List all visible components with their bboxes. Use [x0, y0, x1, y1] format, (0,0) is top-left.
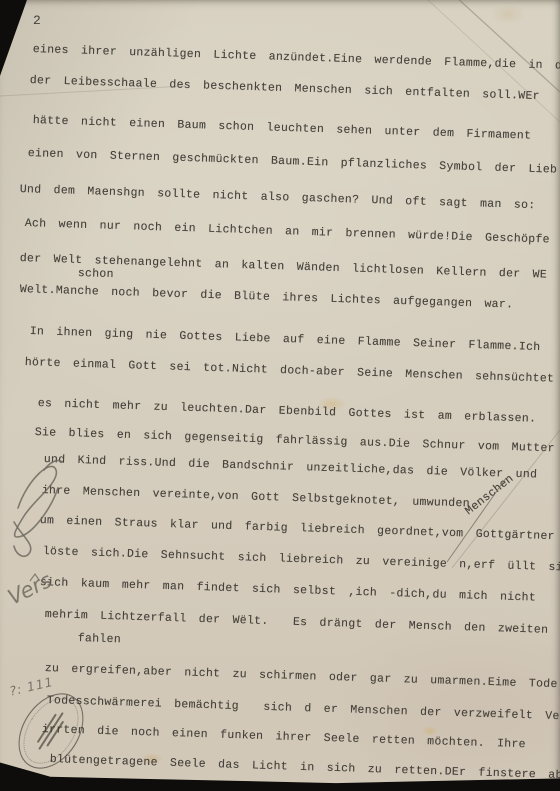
typed-line: Ach wenn nur noch ein Lichtchen an mir b… — [25, 217, 550, 246]
typed-line: um einen Straus klar und farbig liebreic… — [40, 514, 555, 543]
pencil-scribble-icon — [14, 460, 62, 556]
typed-line: hörte einmal Gott sei tot.Nicht doch-abe… — [25, 356, 555, 386]
typed-line: zu ergreifen,aber nicht zu schirmen oder… — [45, 662, 558, 691]
page-number: 2 — [33, 13, 41, 28]
typed-line: irrten die noch einen funken ihrer Seele… — [42, 723, 526, 751]
typewritten-page: 2 eines ihrer unzähligen Lichte anzündet… — [0, 0, 560, 791]
typed-line: es nicht mehr zu leuchten.Dar Ebenbild G… — [38, 397, 537, 426]
pencil-note-vers: Vers — [4, 568, 56, 610]
typed-line: Sie blies en sich gegenseitig fahrlässig… — [35, 426, 555, 455]
interline-insertion-schon: schon — [78, 267, 114, 281]
typed-line: und Kind riss.Und die Bandschnir unzeitl… — [44, 453, 538, 482]
typed-line: In ihnen ging nie Gottes Liebe auf eine … — [30, 325, 541, 354]
typed-line: eines ihrer unzähligen Lichte anzündet.E… — [33, 43, 560, 73]
interline-insertion-fahlen: fahlen — [78, 632, 122, 646]
typed-line: Todesschwärmerei bemächtig sich d er Men… — [47, 694, 560, 723]
typed-line: der Leibesschaale des beschenkten Mensch… — [30, 74, 540, 103]
typed-line: ihre Menschen vereinte,von Gott Selbstge… — [42, 484, 470, 510]
typed-line: einen von Sternen geschmückten Baum.Ein … — [28, 147, 558, 177]
typed-line: sich kaum mehr man findet sich selbst ,i… — [40, 576, 537, 605]
typed-line: löste sich.Die Sehnsucht sich liebreich … — [43, 545, 560, 575]
typed-line: Und dem Maenshgn sollte nicht also gasch… — [20, 183, 536, 212]
typed-line: Welt.Manche noch bevor die Blüte ihres L… — [20, 283, 514, 312]
typed-line: hätte nicht einen Baum schon leuchten se… — [33, 114, 532, 143]
typed-line: blütengetragene Seele das Licht in sich … — [50, 753, 560, 782]
